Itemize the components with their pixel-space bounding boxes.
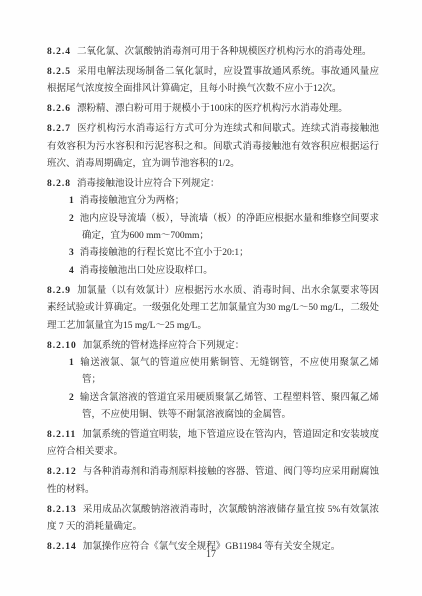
clause-text: 8.2.13采用成品次氯酸钠溶液消毒时，次氯酸钠溶液储存量宜按 5%有效氯浓度 … — [47, 502, 379, 537]
clause-number: 8.2.4 — [47, 47, 71, 57]
subitem-number: 3 — [69, 248, 74, 258]
subitem-body: 输送液氯、氯气的管道应使用紫铜管、无缝钢管，不应使用聚氯乙烯管； — [80, 358, 379, 385]
subitem-number: 1 — [69, 358, 74, 368]
clause: 8.2.4二氧化氯、次氯酸钠消毒剂可用于各种规模医疗机构污水的消毒处理。 — [47, 44, 379, 61]
subitem-number: 1 — [69, 196, 74, 206]
clause-number: 8.2.9 — [47, 286, 71, 296]
subitem-body: 消毒接触池宜分为两格； — [80, 196, 185, 206]
clause: 8.2.11加氯系统的管道宜明装，地下管道应设在管沟内，管道固定和安装坡度应符合… — [47, 427, 379, 462]
clause-body: 加氯系统的管道宜明装，地下管道应设在管沟内，管道固定和安装坡度应符合相关要求。 — [47, 430, 379, 457]
clause-body: 医疗机构污水消毒运行方式可分为连续式和间歇式。连续式消毒接触池有效容积为污水容积… — [47, 124, 379, 169]
clause-body: 加氯量（以有效氯计）应根据污水水质、消毒时间、出水余氯要求等因素经试验或计算确定… — [47, 286, 379, 331]
clause-text: 8.2.6漂粉精、漂白粉可用于规模小于100床的医疗机构污水消毒处理。 — [47, 101, 379, 118]
clause-body: 与各种消毒剂和消毒剂原料接触的容器、管道、阀门等均应采用耐腐蚀性的材料。 — [47, 467, 379, 494]
clause-subitem: 2池内应设导流墙（板），导流墙（板）的净距应根据水量和维修空间要求确定，宜为60… — [47, 211, 379, 246]
clause-text: 8.2.7医疗机构污水消毒运行方式可分为连续式和间歇式。连续式消毒接触池有效容积… — [47, 121, 379, 173]
clause-body: 采用成品次氯酸钠溶液消毒时，次氯酸钠溶液储存量宜按 5%有效氯浓度 7 天的消耗… — [47, 505, 379, 532]
subitem-number: 4 — [69, 266, 74, 276]
clause-body: 加氯系统的管材选择应符合下列规定： — [83, 341, 245, 351]
clause-text: 8.2.10加氯系统的管材选择应符合下列规定： — [47, 338, 379, 355]
clause-subitem: 1消毒接触池宜分为两格； — [47, 193, 379, 210]
clause-number: 8.2.7 — [47, 124, 71, 134]
clause-text: 8.2.11加氯系统的管道宜明装，地下管道应设在管沟内，管道固定和安装坡度应符合… — [47, 427, 379, 462]
page-number: 17 — [0, 549, 422, 560]
clause-list: 8.2.4二氧化氯、次氯酸钠消毒剂可用于各种规模医疗机构污水的消毒处理。8.2.… — [47, 44, 379, 559]
clause-body: 采用电解法现场制备二氧化氯时，应设置事故通风系统。事故通风量应根据尾气浓度按全面… — [47, 67, 379, 94]
clause: 8.2.13采用成品次氯酸钠溶液消毒时，次氯酸钠溶液储存量宜按 5%有效氯浓度 … — [47, 502, 379, 537]
clause: 8.2.9加氯量（以有效氯计）应根据污水水质、消毒时间、出水余氯要求等因素经试验… — [47, 283, 379, 335]
subitem-body: 消毒接触池的行程长宽比不宜小于20:1； — [80, 248, 249, 258]
clause-body: 二氧化氯、次氯酸钠消毒剂可用于各种规模医疗机构污水的消毒处理。 — [77, 47, 372, 57]
clause-text: 8.2.12与各种消毒剂和消毒剂原料接触的容器、管道、阀门等均应采用耐腐蚀性的材… — [47, 464, 379, 499]
clause: 8.2.5采用电解法现场制备二氧化氯时，应设置事故通风系统。事故通风量应根据尾气… — [47, 64, 379, 99]
clause-number: 8.2.10 — [47, 341, 77, 351]
clause-text: 8.2.5采用电解法现场制备二氧化氯时，应设置事故通风系统。事故通风量应根据尾气… — [47, 64, 379, 99]
clause: 8.2.8消毒接触池设计应符合下列规定：1消毒接触池宜分为两格；2池内应设导流墙… — [47, 176, 379, 280]
clause-subitem: 3消毒接触池的行程长宽比不宜小于20:1； — [47, 245, 379, 262]
subitem-body: 池内应设导流墙（板），导流墙（板）的净距应根据水量和维修空间要求确定，宜为600… — [80, 214, 379, 241]
clause-text: 8.2.8消毒接触池设计应符合下列规定： — [47, 176, 379, 193]
clause-number: 8.2.6 — [47, 104, 71, 114]
clause-subitem: 1输送液氯、氯气的管道应使用紫铜管、无缝钢管，不应使用聚氯乙烯管； — [47, 355, 379, 390]
clause-subitem: 2输送含氯溶液的管道宜采用硬质聚氯乙烯管、工程塑料管、聚四氟乙烯管，不应使用铜、… — [47, 390, 379, 425]
document-page: 8.2.4二氧化氯、次氯酸钠消毒剂可用于各种规模医疗机构污水的消毒处理。8.2.… — [0, 0, 422, 596]
clause-number: 8.2.13 — [47, 505, 77, 515]
clause: 8.2.12与各种消毒剂和消毒剂原料接触的容器、管道、阀门等均应采用耐腐蚀性的材… — [47, 464, 379, 499]
clause-body: 消毒接触池设计应符合下列规定： — [77, 179, 220, 189]
clause-number: 8.2.8 — [47, 179, 71, 189]
clause: 8.2.10加氯系统的管材选择应符合下列规定：1输送液氯、氯气的管道应使用紫铜管… — [47, 338, 379, 425]
clause-subitem: 4消毒接触池出口处应设取样口。 — [47, 263, 379, 280]
clause-text: 8.2.9加氯量（以有效氯计）应根据污水水质、消毒时间、出水余氯要求等因素经试验… — [47, 283, 379, 335]
clause-body: 漂粉精、漂白粉可用于规模小于100床的医疗机构污水消毒处理。 — [77, 104, 348, 114]
clause-number: 8.2.5 — [47, 67, 71, 77]
clause-text: 8.2.4二氧化氯、次氯酸钠消毒剂可用于各种规模医疗机构污水的消毒处理。 — [47, 44, 379, 61]
subitem-number: 2 — [69, 393, 74, 403]
subitem-number: 2 — [69, 214, 74, 224]
clause: 8.2.7医疗机构污水消毒运行方式可分为连续式和间歇式。连续式消毒接触池有效容积… — [47, 121, 379, 173]
clause: 8.2.6漂粉精、漂白粉可用于规模小于100床的医疗机构污水消毒处理。 — [47, 101, 379, 118]
subitem-body: 消毒接触池出口处应设取样口。 — [80, 266, 213, 276]
subitem-body: 输送含氯溶液的管道宜采用硬质聚氯乙烯管、工程塑料管、聚四氟乙烯管，不应使用铜、铁… — [80, 393, 379, 420]
clause-number: 8.2.12 — [47, 467, 77, 477]
clause-number: 8.2.11 — [47, 430, 76, 440]
